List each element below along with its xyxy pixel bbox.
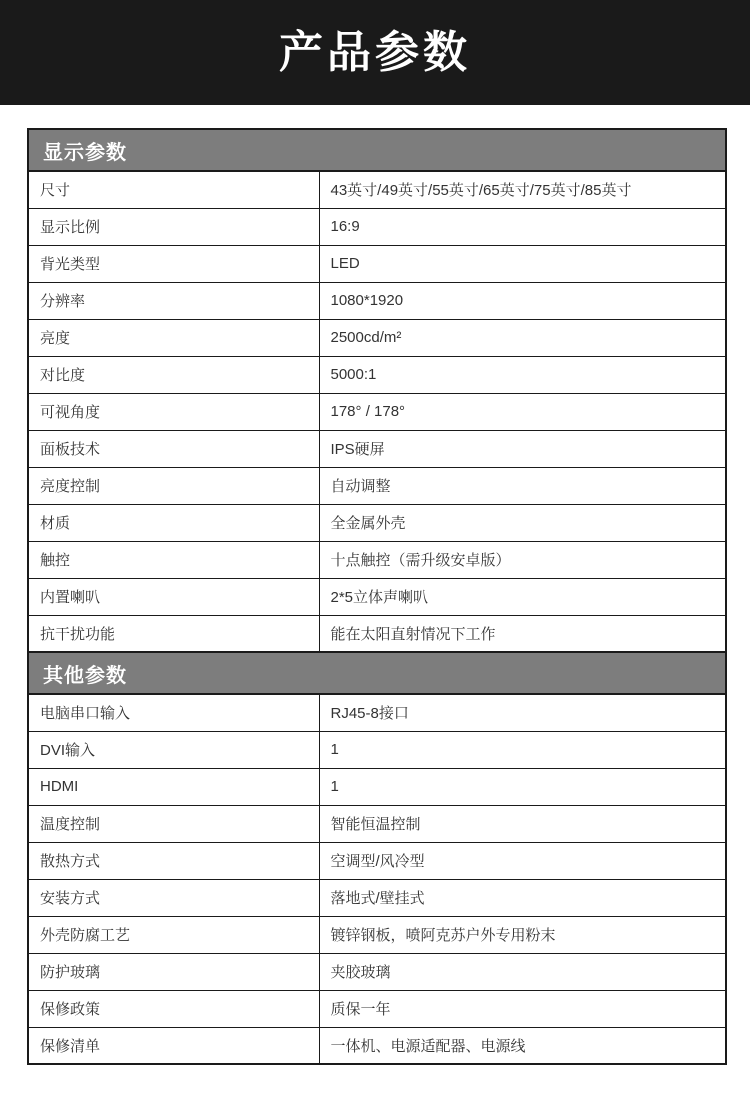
table-row: DVI输入1 [28, 731, 726, 768]
spec-label: 触控 [28, 541, 319, 578]
spec-value: 16:9 [319, 208, 726, 245]
table-row: 外壳防腐工艺镀锌钢板，喷阿克苏户外专用粉末 [28, 916, 726, 953]
spec-label: 可视角度 [28, 393, 319, 430]
spec-label: 亮度 [28, 319, 319, 356]
section-header-row: 其他参数 [28, 652, 726, 694]
spec-value: 落地式/壁挂式 [319, 879, 726, 916]
spec-value: 2*5立体声喇叭 [319, 578, 726, 615]
table-row: 背光类型LED [28, 245, 726, 282]
spec-label: DVI输入 [28, 731, 319, 768]
section-title: 显示参数 [28, 129, 726, 171]
spec-label: HDMI [28, 768, 319, 805]
spec-label: 抗干扰功能 [28, 615, 319, 652]
spec-label: 电脑串口输入 [28, 694, 319, 731]
table-row: 面板技术IPS硬屏 [28, 430, 726, 467]
spec-value: 全金属外壳 [319, 504, 726, 541]
table-row: 亮度2500cd/m² [28, 319, 726, 356]
spec-label: 保修政策 [28, 990, 319, 1027]
spec-table: 显示参数尺寸43英寸/49英寸/55英寸/65英寸/75英寸/85英寸显示比例1… [27, 128, 727, 1065]
spec-value: 2500cd/m² [319, 319, 726, 356]
spec-label: 亮度控制 [28, 467, 319, 504]
spec-value: 夹胶玻璃 [319, 953, 726, 990]
spec-value: 质保一年 [319, 990, 726, 1027]
spec-label: 材质 [28, 504, 319, 541]
page-header-banner: 产品参数 [0, 0, 750, 105]
table-row: 触控十点触控（需升级安卓版） [28, 541, 726, 578]
spec-value: 1 [319, 731, 726, 768]
spec-value: 178° / 178° [319, 393, 726, 430]
table-row: 安装方式落地式/壁挂式 [28, 879, 726, 916]
section-title: 其他参数 [28, 652, 726, 694]
spec-label: 安装方式 [28, 879, 319, 916]
table-row: 分辨率1080*1920 [28, 282, 726, 319]
spec-label: 防护玻璃 [28, 953, 319, 990]
spec-label: 外壳防腐工艺 [28, 916, 319, 953]
spec-value: 十点触控（需升级安卓版） [319, 541, 726, 578]
spec-label: 内置喇叭 [28, 578, 319, 615]
page-title: 产品参数 [279, 31, 471, 75]
spec-value: 自动调整 [319, 467, 726, 504]
table-row: 内置喇叭2*5立体声喇叭 [28, 578, 726, 615]
table-row: 可视角度178° / 178° [28, 393, 726, 430]
spec-value: IPS硬屏 [319, 430, 726, 467]
spec-value: 一体机、电源适配器、电源线 [319, 1027, 726, 1064]
spec-value: 1 [319, 768, 726, 805]
spec-label: 面板技术 [28, 430, 319, 467]
spec-table-container: 显示参数尺寸43英寸/49英寸/55英寸/65英寸/75英寸/85英寸显示比例1… [27, 128, 725, 1065]
spec-value: 镀锌钢板，喷阿克苏户外专用粉末 [319, 916, 726, 953]
spec-label: 尺寸 [28, 171, 319, 208]
table-row: 防护玻璃夹胶玻璃 [28, 953, 726, 990]
section-header-row: 显示参数 [28, 129, 726, 171]
spec-label: 散热方式 [28, 842, 319, 879]
spec-value: 空调型/风冷型 [319, 842, 726, 879]
spec-table-body: 显示参数尺寸43英寸/49英寸/55英寸/65英寸/75英寸/85英寸显示比例1… [28, 129, 726, 1064]
table-row: 保修清单一体机、电源适配器、电源线 [28, 1027, 726, 1064]
spec-value: 1080*1920 [319, 282, 726, 319]
table-row: 尺寸43英寸/49英寸/55英寸/65英寸/75英寸/85英寸 [28, 171, 726, 208]
table-row: 温度控制智能恒温控制 [28, 805, 726, 842]
spec-value: 能在太阳直射情况下工作 [319, 615, 726, 652]
table-row: HDMI1 [28, 768, 726, 805]
table-row: 保修政策质保一年 [28, 990, 726, 1027]
spec-value: RJ45-8接口 [319, 694, 726, 731]
table-row: 电脑串口输入RJ45-8接口 [28, 694, 726, 731]
spec-label: 对比度 [28, 356, 319, 393]
spec-value: 5000:1 [319, 356, 726, 393]
table-row: 材质全金属外壳 [28, 504, 726, 541]
spec-value: 智能恒温控制 [319, 805, 726, 842]
spec-label: 保修清单 [28, 1027, 319, 1064]
spec-value: 43英寸/49英寸/55英寸/65英寸/75英寸/85英寸 [319, 171, 726, 208]
table-row: 亮度控制自动调整 [28, 467, 726, 504]
spec-label: 背光类型 [28, 245, 319, 282]
table-row: 对比度5000:1 [28, 356, 726, 393]
spec-label: 分辨率 [28, 282, 319, 319]
table-row: 显示比例16:9 [28, 208, 726, 245]
spec-label: 温度控制 [28, 805, 319, 842]
spec-label: 显示比例 [28, 208, 319, 245]
table-row: 散热方式空调型/风冷型 [28, 842, 726, 879]
table-row: 抗干扰功能能在太阳直射情况下工作 [28, 615, 726, 652]
spec-value: LED [319, 245, 726, 282]
